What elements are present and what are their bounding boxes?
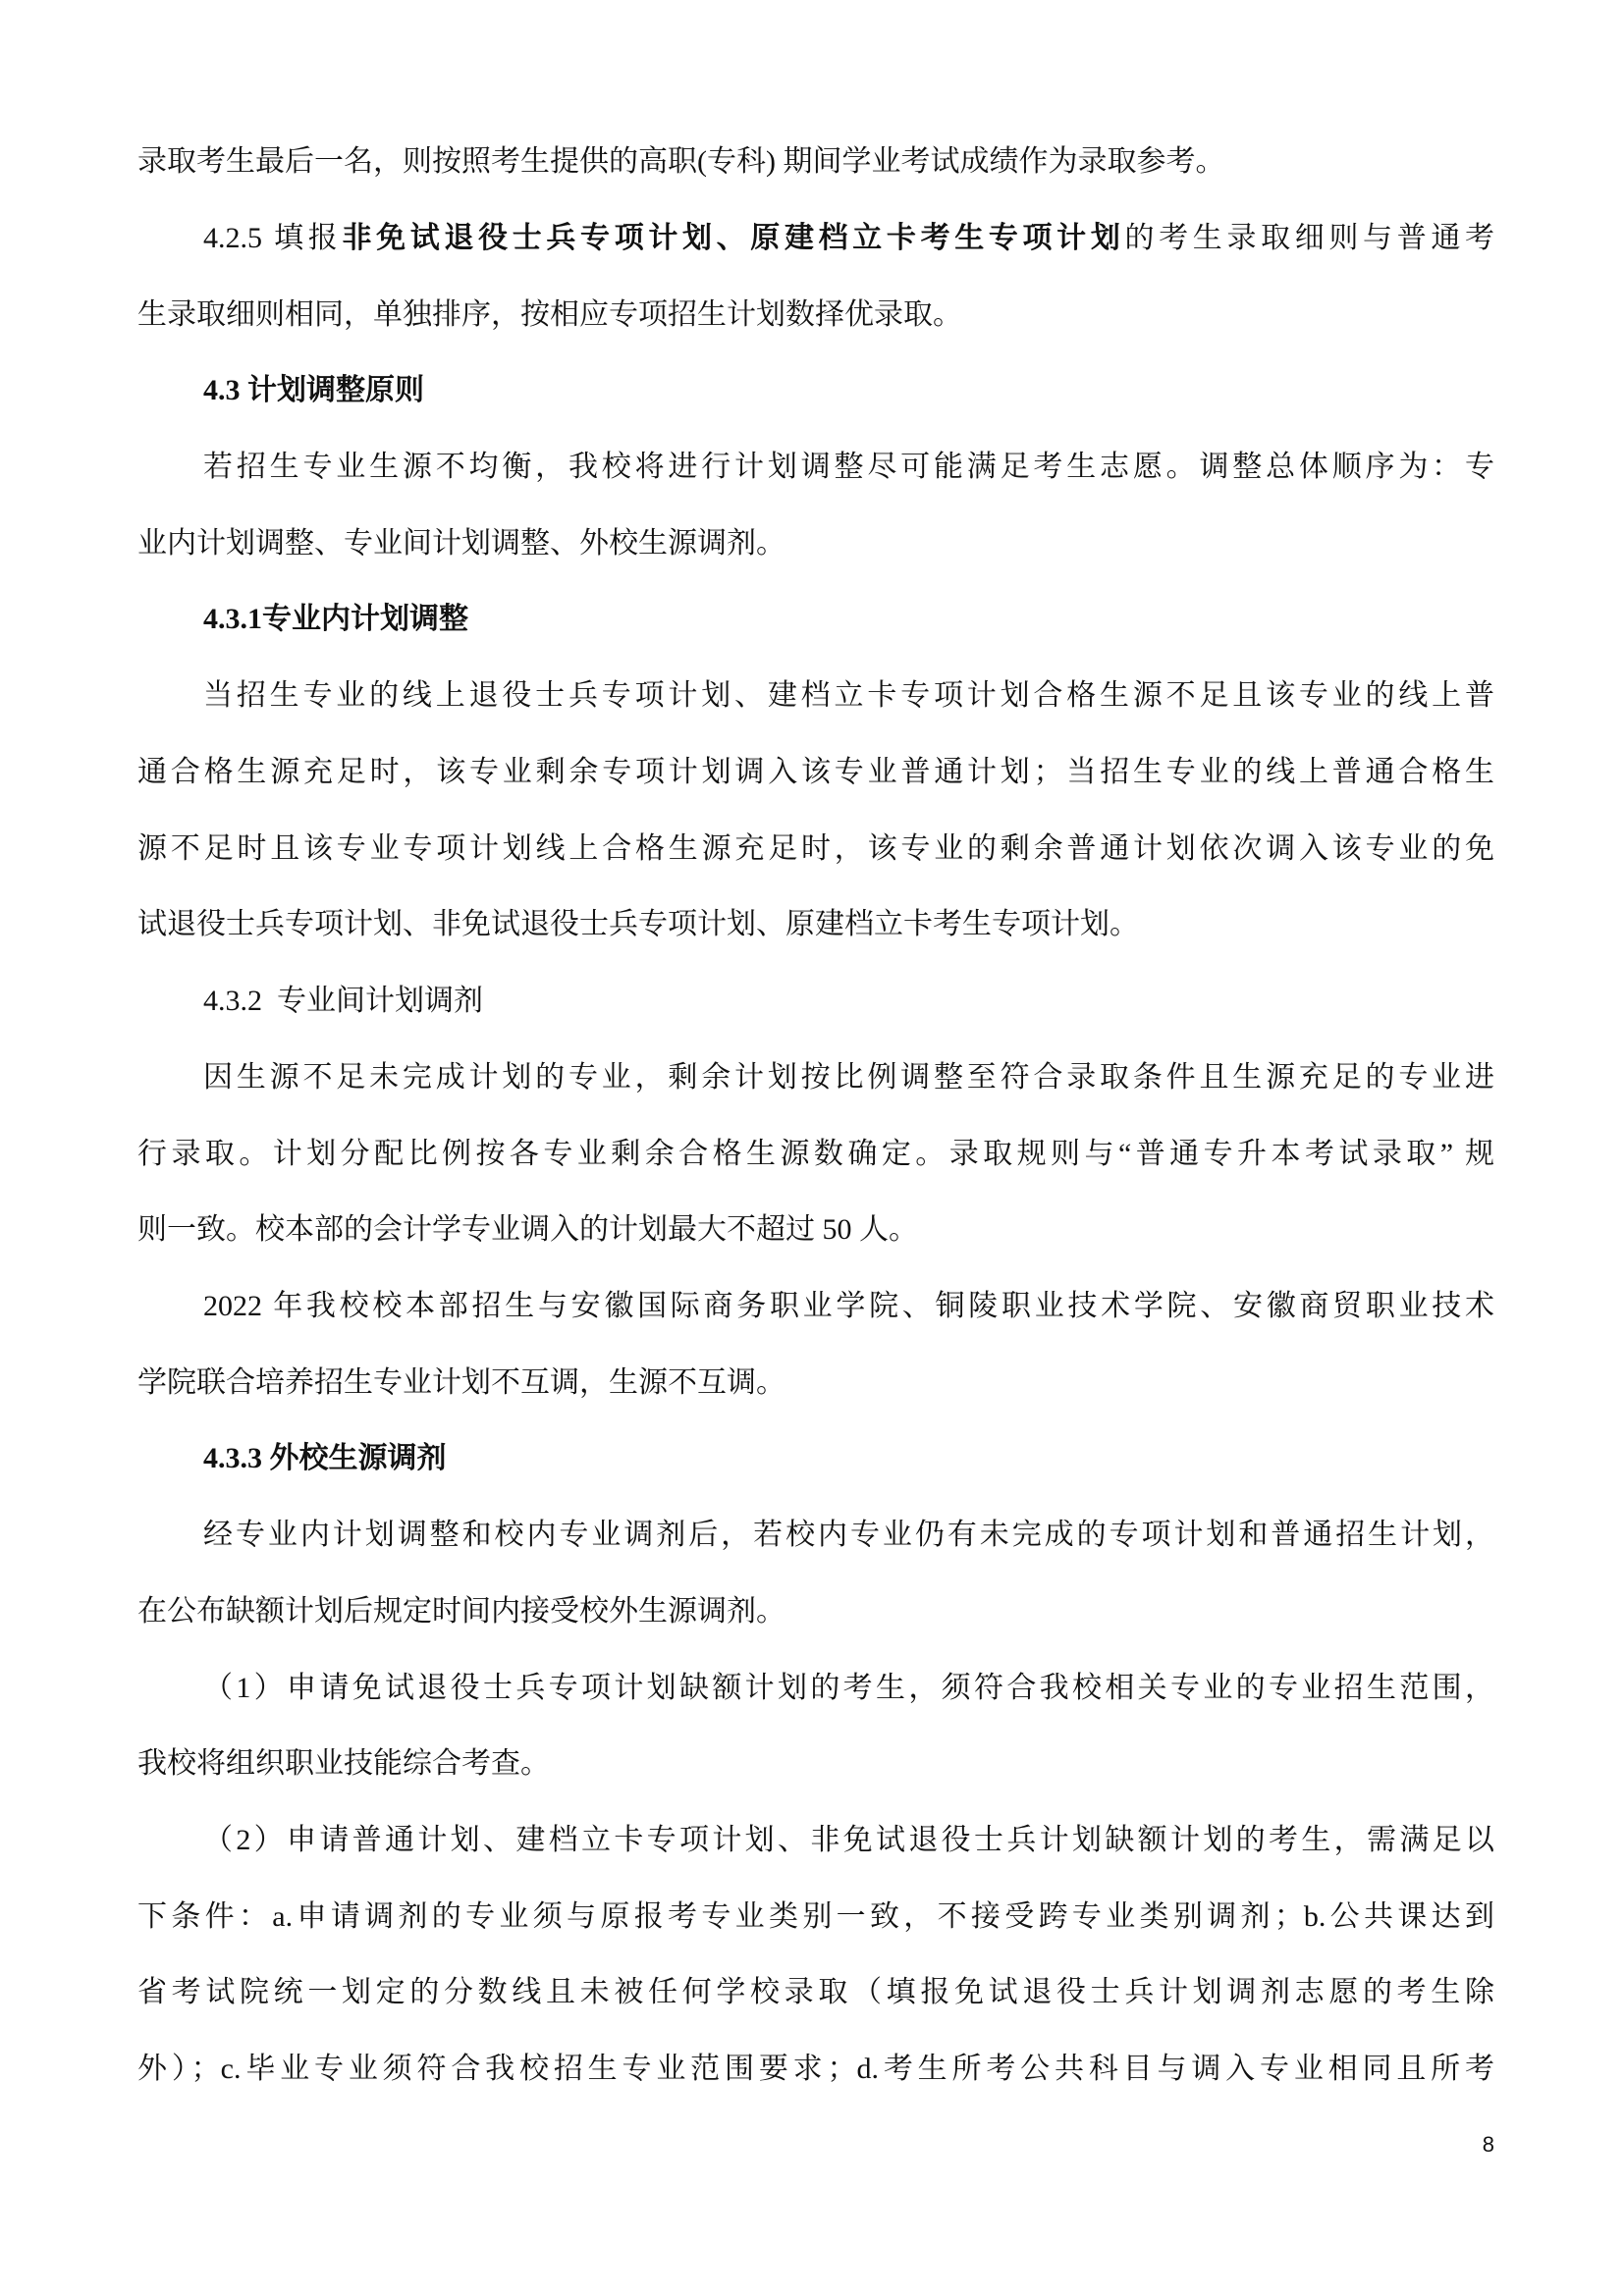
paragraph-line: 2022 年我校校本部招生与安徽国际商务职业学院、铜陵职业技术学院、安徽商贸职业… <box>137 1290 1494 1323</box>
paragraph-text: 的考生录取细则与普通考 <box>1124 222 1494 254</box>
paragraph-line: 录取考生最后一名，则按照考生提供的高职(专科) 期间学业考试成绩作为录取参考。 <box>137 145 1494 179</box>
list-item-1-line: （1）申请免试退役士兵专项计划缺额计划的考生，须符合我校相关专业的专业招生范围， <box>137 1672 1494 1705</box>
list-item-2-line: 省考试院统一划定的分数线且未被任何学校录取（填报免试退役士兵计划调剂志愿的考生除 <box>137 1976 1494 2009</box>
section-heading-4-3-1: 4.3.1专业内计划调整 <box>137 603 1494 636</box>
list-item-2-line: 下条件：a.申请调剂的专业须与原报考专业类别一致，不接受跨专业类别调剂；b.公共… <box>137 1900 1494 1934</box>
heading-number: 4.3.1 <box>203 603 262 635</box>
section-heading-4-3-3: 4.3.3 外校生源调剂 <box>137 1442 1494 1475</box>
paragraph-line: 业内计划调整、专业间计划调整、外校生源调剂。 <box>137 527 1494 561</box>
heading-title: 专业内计划调整 <box>262 602 468 636</box>
heading-title: 计划调整原则 <box>247 373 424 407</box>
section-heading-4-3: 4.3 计划调整原则 <box>137 374 1494 407</box>
page-number: 8 <box>1483 2132 1494 2158</box>
bold-emphasis-text: 非免试退役士兵专项计划、原建档立卡考生专项计划 <box>342 221 1124 255</box>
paragraph-line: 经专业内计划调整和校内专业调剂后，若校内专业仍有未完成的专项计划和普通招生计划， <box>137 1519 1494 1552</box>
list-item-2-line: （2）申请普通计划、建档立卡专项计划、非免试退役士兵计划缺额计划的考生，需满足以 <box>137 1824 1494 1857</box>
paragraph-line: 则一致。校本部的会计学专业调入的计划最大不超过 50 人。 <box>137 1213 1494 1247</box>
heading-title: 外校生源调剂 <box>270 1441 447 1475</box>
paragraph-line: 在公布缺额计划后规定时间内接受校外生源调剂。 <box>137 1595 1494 1629</box>
section-heading-4-3-2: 4.3.2 专业间计划调剂 <box>137 985 1494 1018</box>
heading-number: 4.3 <box>203 374 241 406</box>
paragraph-line: 源不足时且该专业专项计划线上合格生源充足时，该专业的剩余普通计划依次调入该专业的… <box>137 832 1494 866</box>
paragraph-line: 生录取细则相同，单独排序，按相应专项招生计划数择优录取。 <box>137 298 1494 332</box>
paragraph-line: 若招生专业生源不均衡，我校将进行计划调整尽可能满足考生志愿。调整总体顺序为：专 <box>137 451 1494 484</box>
paragraph-line: 当招生专业的线上退役士兵专项计划、建档立卡专项计划合格生源不足且该专业的线上普 <box>137 679 1494 713</box>
section-number-text: 4.2.5 填报 <box>203 222 342 254</box>
paragraph-line: 行录取。计划分配比例按各专业剩余合格生源数确定。录取规则与“普通专升本考试录取”… <box>137 1138 1494 1171</box>
paragraph-line: 试退役士兵专项计划、非免试退役士兵专项计划、原建档立卡考生专项计划。 <box>137 908 1494 941</box>
list-item-2-line: 外）；c.毕业专业须符合我校招生专业范围要求；d.考生所考公共科目与调入专业相同… <box>137 2053 1494 2086</box>
paragraph-line-special-plan: 4.2.5 填报非免试退役士兵专项计划、原建档立卡考生专项计划的考生录取细则与普… <box>137 222 1494 255</box>
document-page: 录取考生最后一名，则按照考生提供的高职(专科) 期间学业考试成绩作为录取参考。 … <box>0 0 1624 2296</box>
paragraph-line: 因生源不足未完成计划的专业，剩余计划按比例调整至符合录取条件且生源充足的专业进 <box>137 1061 1494 1095</box>
list-item-1-line: 我校将组织职业技能综合考查。 <box>137 1747 1494 1781</box>
paragraph-line: 学院联合培养招生专业计划不互调，生源不互调。 <box>137 1366 1494 1400</box>
paragraph-line: 通合格生源充足时，该专业剩余专项计划调入该专业普通计划；当招生专业的线上普通合格… <box>137 756 1494 789</box>
heading-number: 4.3.3 <box>203 1442 262 1474</box>
